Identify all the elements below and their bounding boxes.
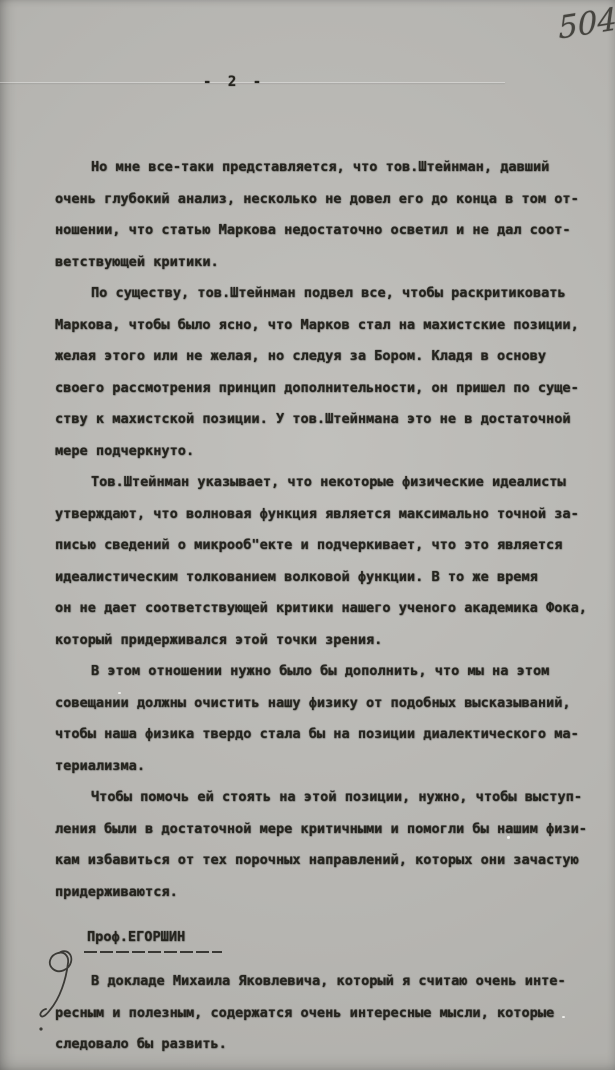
- text-line: По существу, тов.Штейнман подвел все, чт…: [55, 278, 611, 310]
- scanned-typewritten-page: 504 - 2 - Но мне все-таки представляется…: [0, 0, 615, 1070]
- text-line: который придерживался этой точки зрения.: [55, 625, 611, 657]
- paragraph-6: В докладе Михаила Яковлевича, который я …: [55, 966, 611, 1061]
- text-line: своего рассмотрения принцип дополнительн…: [55, 373, 611, 405]
- text-line: придерживаются.: [55, 877, 611, 909]
- text-line: чтобы наша физика твердо стала бы на поз…: [55, 719, 611, 751]
- page-number: - 2 -: [203, 74, 265, 90]
- text-line: мере подчеркнуто.: [55, 436, 611, 468]
- text-line: териализма.: [55, 751, 611, 783]
- text-line: писью сведений о микрооб"екте и подчерки…: [55, 530, 611, 562]
- paragraph-5: Чтобы помочь ей стоять на этой позиции, …: [55, 782, 611, 908]
- text-line: следовало бы развить.: [55, 1029, 611, 1061]
- paragraph-3: Тов.Штейнман указывает, что некоторые фи…: [55, 467, 611, 656]
- text-line: В этом отношении нужно было бы дополнить…: [55, 656, 611, 688]
- paragraph-1: Но мне все-таки представляется, что тов.…: [55, 152, 611, 278]
- speaker-heading: Проф.ЕГОРШИН: [87, 922, 185, 954]
- paragraph-2: По существу, тов.Штейнман подвел все, чт…: [55, 278, 611, 467]
- text-line: ветствующей критики.: [55, 247, 611, 279]
- scan-speck: [562, 1016, 565, 1018]
- text-line: Чтобы помочь ей стоять на этой позиции, …: [55, 782, 611, 814]
- text-line: кам избавиться от тех порочных направлен…: [55, 845, 611, 877]
- paragraph-4: В этом отношении нужно было бы дополнить…: [55, 656, 611, 782]
- speaker-heading-underline: [84, 951, 222, 953]
- text-line: он не дает соответствующей критики нашег…: [55, 593, 611, 625]
- text-line: ресным и полезным, содержатся очень инте…: [55, 998, 611, 1030]
- scan-speck: [118, 692, 121, 694]
- text-line: Тов.Штейнман указывает, что некоторые фи…: [55, 467, 611, 499]
- text-line: ству к махистской позиции. У тов.Штейнма…: [55, 404, 611, 436]
- scan-speck: [507, 836, 510, 839]
- text-line: ления были в достаточной мере критичными…: [55, 814, 611, 846]
- text-line: идеалистическим толкованием волковой фун…: [55, 562, 611, 594]
- text-line: утверждают, что волновая функция являетс…: [55, 499, 611, 531]
- handwritten-sheet-number: 504: [557, 1, 615, 46]
- text-line: очень глубокий анализ, несколько не дове…: [55, 184, 611, 216]
- text-line: В докладе Михаила Яковлевича, который я …: [55, 966, 611, 998]
- text-line: Маркова, чтобы было ясно, что Марков ста…: [55, 310, 611, 342]
- text-line: совещании должны очистить нашу физику от…: [55, 688, 611, 720]
- text-line: Но мне все-таки представляется, что тов.…: [55, 152, 611, 184]
- text-line: желая этого или не желая, но следуя за Б…: [55, 341, 611, 373]
- text-line: ношении, что статью Маркова недостаточно…: [55, 215, 611, 247]
